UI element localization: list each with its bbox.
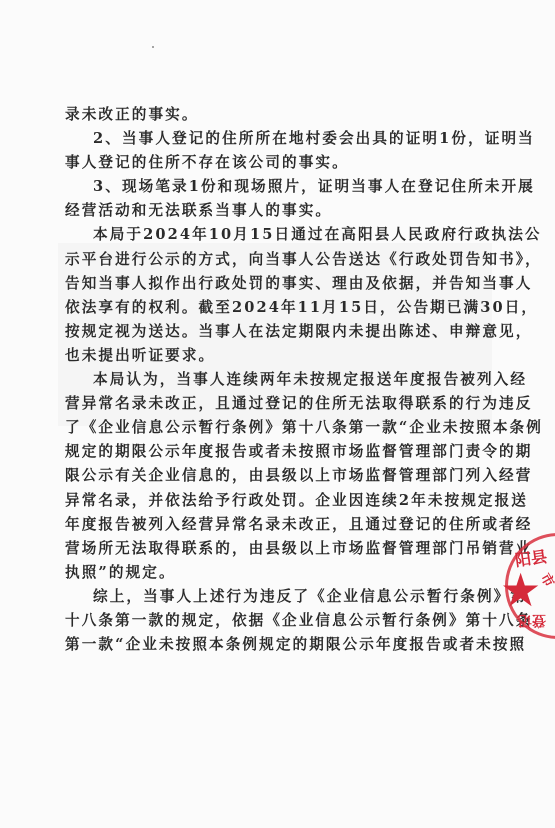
text-line: 限公示有关企业信息的，由县级以上市场监督管理部门列入经营 bbox=[65, 464, 465, 488]
text-line: 营异常名录未改正，且通过登记的住所无法取得联系的行为违反 bbox=[65, 392, 465, 416]
text-line: 本局于2024年10月15日通过在高阳县人民政府行政执法公 bbox=[65, 223, 465, 247]
text-line: 按规定视为送达。当事人在法定期限内未提出陈述、申辩意见， bbox=[65, 320, 465, 344]
text-line: 营场所无法取得联系的，由县级以上市场监督管理部门吊销营业 bbox=[65, 537, 465, 561]
speck bbox=[152, 46, 154, 48]
text-line: 规定的期限公示年度报告或者未按照市场监督管理部门责令的期 bbox=[65, 440, 465, 464]
text-line: 依法享有的权利。截至2024年11月15日，公告期已满30日， bbox=[65, 296, 465, 320]
seal-bottom-text: 登记 bbox=[518, 611, 546, 631]
text-line: 年度报告被列入经营异常名录未改正，且通过登记的住所或者经 bbox=[65, 513, 465, 537]
text-line: 录未改正的事实。 bbox=[65, 103, 465, 127]
text-line: 事人登记的住所不存在该公司的事实。 bbox=[65, 151, 465, 175]
text-line: 了《企业信息公示暂行条例》第十八条第一款“企业未按照本条例 bbox=[65, 416, 465, 440]
text-line: 2、当事人登记的住所所在地村委会出具的证明1份，证明当 bbox=[65, 127, 465, 151]
text-line: 异常名录，并依法给予行政处罚。企业因连续2年未按规定报送 bbox=[65, 489, 465, 513]
seal-top-text: 阳县 bbox=[514, 544, 549, 571]
text-line: 告知当事人拟作出行政处罚的事实、理由及依据，并告知当事人 bbox=[65, 272, 465, 296]
text-line: 也未提出听证要求。 bbox=[65, 344, 465, 368]
text-line: 第一款“企业未按照本条例规定的期限公示年度报告或者未按照 bbox=[65, 633, 465, 657]
document-body: 录未改正的事实。2、当事人登记的住所所在地村委会出具的证明1份，证明当事人登记的… bbox=[65, 103, 465, 657]
text-line: 十八条第一款的规定，依据《企业信息公示暂行条例》第十八条 bbox=[65, 609, 465, 633]
text-line: 综上，当事人上述行为违反了《企业信息公示暂行条例》第 bbox=[65, 585, 465, 609]
text-line: 本局认为，当事人连续两年未按规定报送年度报告被列入经 bbox=[65, 368, 465, 392]
text-line: 3、现场笔录1份和现场照片，证明当事人在登记住所未开展 bbox=[65, 175, 465, 199]
text-line: 执照”的规定。 bbox=[65, 561, 465, 585]
text-line: 示平台进行公示的方式，向当事人公告送达《行政处罚告知书》， bbox=[65, 248, 465, 272]
star-icon: ★ bbox=[500, 567, 541, 613]
text-line: 经营活动和无法联系当事人的事实。 bbox=[65, 199, 465, 223]
